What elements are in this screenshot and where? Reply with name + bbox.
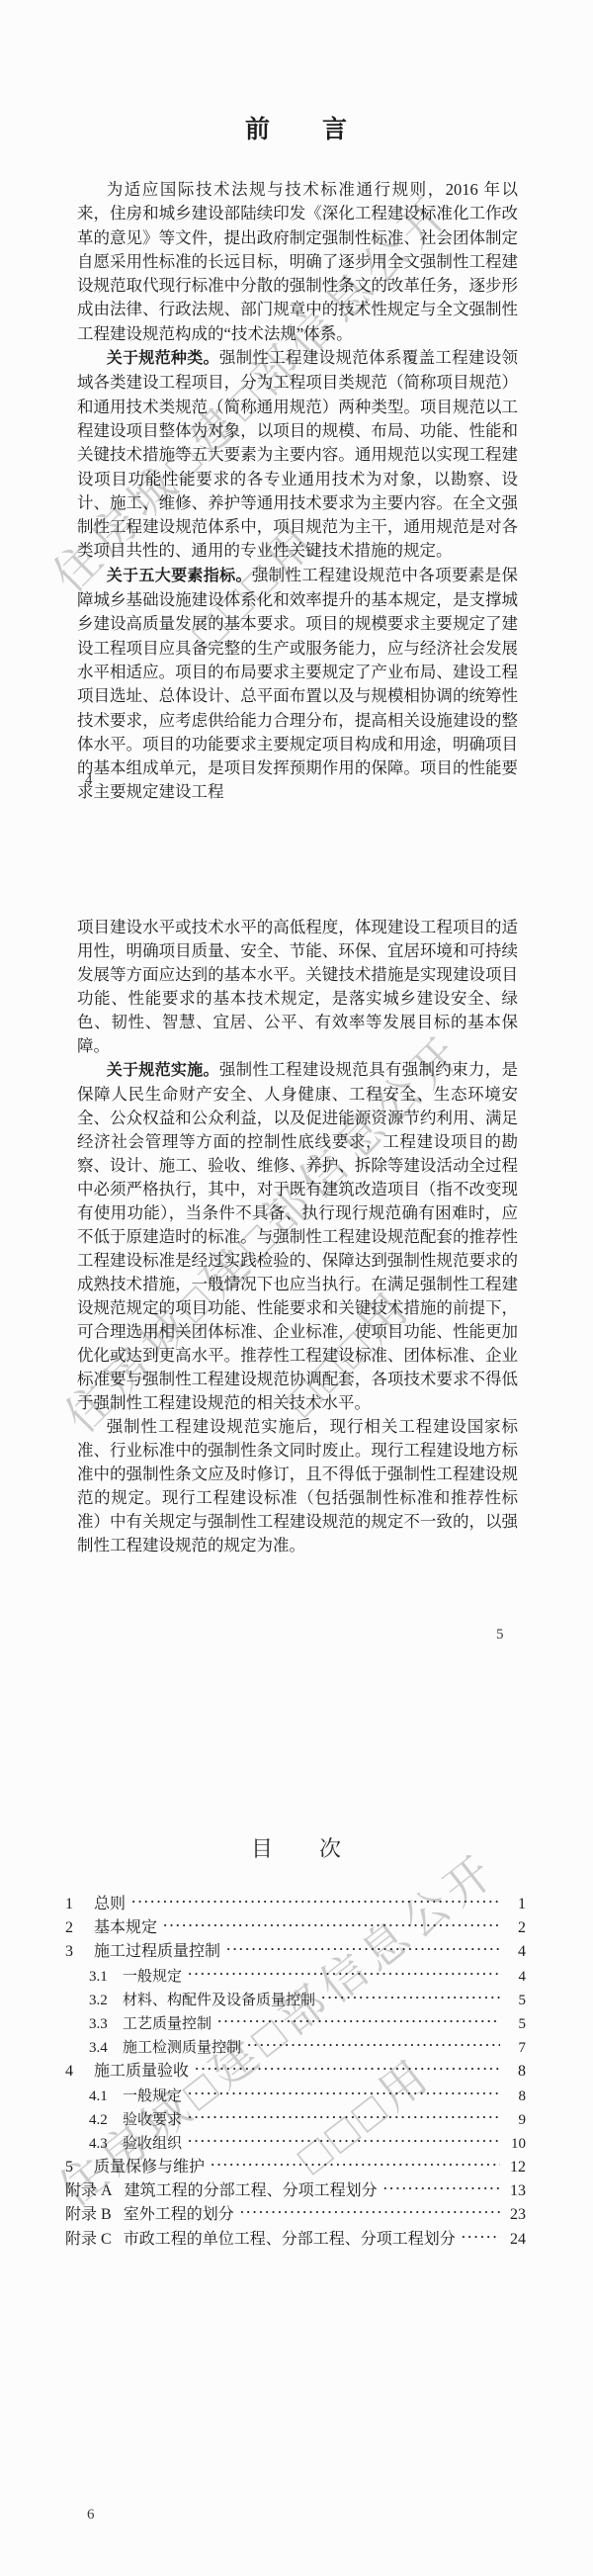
toc-entry-label: 验收要求 [123,2108,182,2132]
toc-entry-page: 8 [506,2060,526,2084]
toc-entry-number: 2 [65,1916,79,1940]
toc-entry-label: 验收组织 [123,2132,182,2156]
toc-entry-number: 附录 B [65,2203,112,2227]
toc-entry: 附录 C市政工程的单位工程、分部工程、分项工程划分···············… [65,2228,526,2252]
paragraph: 项目建设水平或技术水平的高低程度，体现建设工程项目的适用性，明确项目质量、安全、… [77,916,518,1058]
paragraph-text: 为适应国际技术法规与技术标准通行规则，2016 年以来，住房和城乡建设部陆续印发… [77,180,518,343]
toc-entry-label: 一般规定 [123,2085,182,2108]
contents-title: 目 次 [0,1832,593,1863]
paragraph: 关于规范种类。强制性工程建设规范体系覆盖工程建设领域各类建设工程项目，分为工程项… [77,346,518,564]
toc-entry-number: 3.1 [89,1965,111,1989]
toc-entry-page: 4 [506,1965,526,1989]
toc-entry-label: 工艺质量控制 [123,2012,212,2036]
toc-entry-number: 3.4 [89,2036,111,2060]
toc-entry: 附录 B室外工程的划分·····························… [65,2203,526,2227]
dot-leader: ········································… [211,2153,500,2176]
toc-entry-number: 5 [65,2156,79,2179]
toc-entry-page: 24 [506,2228,526,2252]
dot-leader: ········································… [188,2105,500,2129]
toc-entry-number: 附录 C [65,2228,112,2252]
toc-entry-page: 5 [506,1989,526,2012]
paragraph-text: 强制性工程建设规范中各项要素是保障城乡基础设施建设体系化和效率提升的基本规定，是… [77,566,518,802]
toc-entry-page: 4 [506,1940,526,1964]
dot-leader: ········································… [247,2033,500,2057]
dot-leader: ········································… [131,1890,500,1913]
paragraph-text: 强制性工程建设规范具有强制约束力，是保障人民生命财产安全、人身健康、工程安全、生… [77,1060,518,1412]
toc-entry-label: 室外工程的划分 [124,2203,234,2227]
toc-entry-number: 3.2 [89,1989,111,2012]
toc-entry-page: 1 [506,1893,526,1916]
dot-leader: ········································… [462,2225,500,2249]
paragraph-text: 项目建设水平或技术水平的高低程度，体现建设工程项目的适用性，明确项目质量、安全、… [77,918,518,1055]
toc-entry-page: 2 [506,1916,526,1940]
toc-entry-page: 7 [506,2036,526,2060]
dot-leader: ········································… [240,2200,500,2224]
toc-entry-number: 1 [65,1893,79,1916]
paragraph-lead: 关于五大要素指标。 [107,568,252,584]
toc-entry-page: 13 [506,2179,526,2203]
dot-leader: ········································… [188,2082,500,2105]
foreword-text-continued: 项目建设水平或技术水平的高低程度，体现建设工程项目的适用性，明确项目质量、安全、… [77,916,518,1557]
dot-leader: ········································… [383,2176,500,2200]
dot-leader: ········································… [195,2057,500,2081]
toc-entry-page: 5 [506,2012,526,2036]
dot-leader: ········································… [163,1913,500,1937]
toc-entry-page: 8 [506,2085,526,2108]
dot-leader: ········································… [321,1986,500,2009]
toc-entry-label: 质量保修与维护 [94,2156,205,2179]
page-number: 5 [496,1627,504,1643]
dot-leader: ········································… [188,1962,500,1986]
dot-leader: ········································… [226,1937,500,1961]
toc-entry-number: 4.1 [89,2085,111,2108]
toc-entry-page: 23 [506,2203,526,2227]
paragraph: 为适应国际技术法规与技术标准通行规则，2016 年以来，住房和城乡建设部陆续印发… [77,178,518,346]
paragraph: 强制性工程建设规范实施后，现行相关工程建设国家标准、行业标准中的强制性条文同时废… [77,1415,518,1557]
paragraph-text: 强制性工程建设规范体系覆盖工程建设领域各类建设工程项目，分为工程项目类规范（简称… [77,348,518,560]
table-of-contents: 1总则·····································… [65,1893,526,2252]
toc-entry-page: 9 [506,2108,526,2132]
toc-entry-label: 市政工程的单位工程、分部工程、分项工程划分 [124,2228,456,2252]
page-number: 6 [87,2507,95,2524]
toc-entry-number: 3 [65,1940,79,1964]
toc-entry-number: 4.3 [89,2132,111,2156]
dot-leader: ········································… [188,2129,500,2153]
toc-entry-number: 附录 A [65,2179,113,2203]
paragraph: 关于五大要素指标。强制性工程建设规范中各项要素是保障城乡基础设施建设体系化和效率… [77,564,518,805]
paragraph-text: 强制性工程建设规范实施后，现行相关工程建设国家标准、行业标准中的强制性条文同时废… [77,1417,518,1554]
toc-entry-number: 4 [65,2060,79,2084]
page-number: 4 [85,772,93,789]
document-scan: 住房城□建□部信息公开 □□□用 前 言 为适应国际技术法规与技术标准通行规则，… [0,0,593,2576]
toc-entry-label: 总则 [94,1893,126,1916]
toc-entry-label: 施工质量验收 [94,2060,189,2084]
toc-entry-page: 12 [506,2156,526,2179]
toc-entry-number: 4.2 [89,2108,111,2132]
paragraph-lead: 关于规范实施。 [107,1062,219,1079]
paragraph-lead: 关于规范种类。 [107,350,219,367]
toc-entry-label: 基本规定 [94,1916,157,1940]
foreword-text: 为适应国际技术法规与技术标准通行规则，2016 年以来，住房和城乡建设部陆续印发… [77,178,518,805]
toc-entry-label: 一般规定 [123,1965,182,1989]
paragraph: 关于规范实施。强制性工程建设规范具有强制约束力，是保障人民生命财产安全、人身健康… [77,1058,518,1415]
toc-entry-number: 3.3 [89,2012,111,2036]
toc-entry-page: 10 [506,2132,526,2156]
dot-leader: ········································… [217,2009,500,2033]
foreword-title: 前 言 [0,110,593,145]
